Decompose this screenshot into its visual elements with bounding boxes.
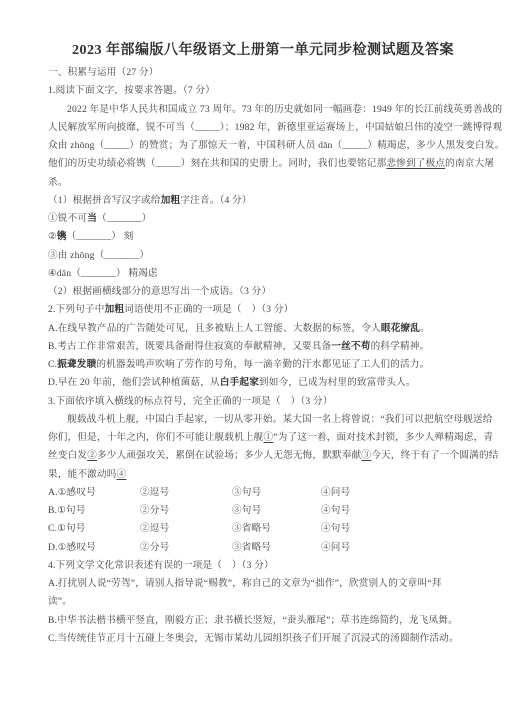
text-segment: 到如今，已成为村里的致富带头人。 xyxy=(259,377,416,388)
question-2-option-d: D.早在 20 年前，他们尝试种植菌菇，从白手起家到如今，已成为村里的致富带头人… xyxy=(48,374,482,392)
underlined-text: 悲惨到了极点 xyxy=(386,158,445,169)
text-segment: 读”。 xyxy=(48,596,72,607)
option-column: ④问号 xyxy=(321,539,350,557)
text-segment: ② xyxy=(48,231,57,242)
subquestion-1: （1）根据拼音写汉字或给加粗字注音。（4 分） xyxy=(48,192,482,210)
page-title: 2023 年部编版八年级语文上册第一单元同步检测试题及答案 xyxy=(0,39,526,59)
underlined-text: ② xyxy=(87,450,97,461)
text-segment: （2）根据画横线部分的意思写出一个成语。（3 分） xyxy=(48,286,271,297)
passage-line: 众由 zhōng（_____）的赞赏；为了那惊天一着，中国科研人员 dān（__… xyxy=(48,137,482,155)
text-segment: ”为了这一着，面对技术封锁，多少人殚精竭虑，青 xyxy=(273,432,493,443)
text-segment: 杀。 xyxy=(48,177,68,188)
option-column: A.①感叹号 xyxy=(48,484,96,502)
text-segment: ④dān（_______） 精竭虑 xyxy=(48,268,158,279)
question-2-option-a: A.在线早教产品的广告随处可见，且多被贴上人工智能、大数据的标签，令人眼花缭乱。 xyxy=(48,320,482,338)
text-segment: 丝变白发 xyxy=(48,450,87,461)
option-column: ③省略号 xyxy=(232,520,271,538)
passage-line: 杀。 xyxy=(48,174,482,192)
question-3-option-a: A.①感叹号②逗号③句号④问号 xyxy=(48,484,482,502)
question-4-option-a-cont: 读”。 xyxy=(48,593,482,611)
question-3-option-c: C.①句号②逗号③省略号④句号 xyxy=(48,520,482,538)
text-segment: 的科学精神。 xyxy=(371,341,430,352)
option-column: B.①句号 xyxy=(48,502,86,520)
text-segment: ①锐不可 xyxy=(48,213,87,224)
option-column: ③句号 xyxy=(232,502,261,520)
text-segment: 多少人顽强攻关，累倒在试验场；多少人无怨无悔，默默奉献 xyxy=(97,450,361,461)
question-2-option-c: C.振聋发聩的机器轰鸣声吹响了劳作的号角，每一滴辛勤的汗水都见证了工人们的活力。 xyxy=(48,356,482,374)
text-segment: 字注音。（4 分） xyxy=(180,195,251,206)
text-segment: A.打扰别人说“劳驾”，请别人指导说“赐教”，称自己的文章为“拙作”，欣赏别人的… xyxy=(48,578,442,589)
bold-text: 振聋发聩 xyxy=(57,359,96,370)
blank-item-2: ②镌（_______） 刻 xyxy=(48,228,482,246)
text-segment: 舰载战斗机上舰，中国白手起家，一切从零开始。某大国一名上将曾说：“我们可以把航空… xyxy=(67,414,493,425)
question-3-stem: 3.下面依序填入横线的标点符号，完全正确的一项是（ ）（3 分） xyxy=(48,393,482,411)
text-segment: 你们，但是，十年之内，你们不可能让舰载机上舰 xyxy=(48,432,263,443)
text-segment: 2022 年是中华人民共和国成立 73 周年。73 年的历史就如同一幅画卷：19… xyxy=(67,104,502,115)
question-3-option-d: D.①感叹号②分号③省略号④问号 xyxy=(48,539,482,557)
text-segment: 一、积累与运用（27 分） xyxy=(48,67,159,78)
passage-line: 你们，但是，十年之内，你们不可能让舰载机上舰①”为了这一着，面对技术封锁，多少人… xyxy=(48,429,482,447)
text-segment: ③由 zhōng（_______） xyxy=(48,250,149,261)
section-heading: 一、积累与运用（27 分） xyxy=(48,64,482,82)
text-segment: （_______） 刻 xyxy=(67,231,134,242)
bold-text: 加粗 xyxy=(105,304,125,315)
blank-item-3: ③由 zhōng（_______） xyxy=(48,247,482,265)
passage-line: 他们的历史功绩必将镌（_____）刻在共和国的史册上。同时，我们也要铭记那悲惨到… xyxy=(48,155,482,173)
option-column: ②分号 xyxy=(140,502,169,520)
passage-line: 丝变白发②多少人顽强攻关，累倒在试验场；多少人无怨无悔，默默奉献③今天，终于有了… xyxy=(48,447,482,465)
text-segment: 4.下列文学文化常识表述有误的一项是（ ）（3 分） xyxy=(48,560,274,571)
bold-text: 眼花缭乱 xyxy=(381,323,420,334)
bold-text: 一丝不苟 xyxy=(331,341,370,352)
option-column: ④问号 xyxy=(321,484,350,502)
bold-text: 镌 xyxy=(57,231,67,242)
text-segment: D.早在 20 年前，他们尝试种植菌菇，从 xyxy=(48,377,220,388)
text-segment: C. xyxy=(48,359,57,370)
text-segment: 。 xyxy=(420,323,430,334)
question-4-option-a: A.打扰别人说“劳驾”，请别人指导说“赐教”，称自己的文章为“拙作”，欣赏别人的… xyxy=(48,575,482,593)
text-segment: 人民解放军所向披靡，锐不可当（_____）；1982 年，新德里亚运赛场上，中国… xyxy=(48,122,502,133)
text-segment: 1.阅读下面文字，按要求答题。（7 分） xyxy=(48,85,215,96)
option-column: ③句号 xyxy=(232,484,261,502)
text-segment: 2.下列句子中 xyxy=(48,304,105,315)
underlined-text: ① xyxy=(263,432,273,443)
text-segment: B.考古工作非常艰苦，既要具备耐得住寂寞的奉献精神，又要具备 xyxy=(48,341,331,352)
underlined-text: ③ xyxy=(361,450,371,461)
question-2-stem: 2.下列句子中加粗词语使用不正确的一项是（ ）（3 分） xyxy=(48,301,482,319)
text-segment: 果，能不激动吗 xyxy=(48,469,117,480)
text-segment: A.在线早教产品的广告随处可见，且多被贴上人工智能、大数据的标签，令人 xyxy=(48,323,381,334)
passage-line: 果，能不激动吗④ xyxy=(48,466,482,484)
passage-line: 2022 年是中华人民共和国成立 73 周年。73 年的历史就如同一幅画卷：19… xyxy=(48,101,482,119)
text-segment: 他们的历史功绩必将镌（_____）刻在共和国的史册上。同时，我们也要铭记那 xyxy=(48,158,386,169)
option-column: ②分号 xyxy=(140,539,169,557)
option-column: C.①句号 xyxy=(48,520,86,538)
question-2-option-b: B.考古工作非常艰苦，既要具备耐得住寂寞的奉献精神，又要具备一丝不苟的科学精神。 xyxy=(48,338,482,356)
blank-item-1: ①锐不可当（_______） xyxy=(48,210,482,228)
question-3-option-b: B.①句号②分号③句号④句号 xyxy=(48,502,482,520)
text-segment: C.当传统佳节正月十五碰上冬奥会，无锡市某幼儿园组织孩子们开展了沉浸式的汤圆制作… xyxy=(48,633,459,644)
text-segment: 词语使用不正确的一项是（ ）（3 分） xyxy=(124,304,293,315)
document-page: 2023 年部编版八年级语文上册第一单元同步检测试题及答案 一、积累与运用（27… xyxy=(0,0,526,702)
underlined-text: ④ xyxy=(117,469,127,480)
text-segment: 的机器轰鸣声吹响了劳作的号角，每一滴辛勤的汗水都见证了工人们的活力。 xyxy=(96,359,429,370)
question-4-option-c: C.当传统佳节正月十五碰上冬奥会，无锡市某幼儿园组织孩子们开展了沉浸式的汤圆制作… xyxy=(48,630,482,648)
text-segment: （1）根据拼音写汉字或给 xyxy=(48,195,161,206)
bold-text: 白手起家 xyxy=(220,377,259,388)
option-column: ②逗号 xyxy=(140,484,169,502)
question-1-stem: 1.阅读下面文字，按要求答题。（7 分） xyxy=(48,82,482,100)
question-4-option-b: B.中华书法楷书横平竖直，刚毅方正；隶书横长竖短，“蚕头雁尾”；草书连绵简约，龙… xyxy=(48,612,482,630)
text-segment: （_______） xyxy=(97,213,152,224)
option-column: ②逗号 xyxy=(140,520,169,538)
text-segment: 3.下面依序填入横线的标点符号，完全正确的一项是（ ）（3 分） xyxy=(48,396,333,407)
blank-item-4: ④dān（_______） 精竭虑 xyxy=(48,265,482,283)
document-body: 一、积累与运用（27 分）1.阅读下面文字，按要求答题。（7 分）2022 年是… xyxy=(48,64,482,648)
bold-text: 加粗 xyxy=(161,195,181,206)
text-segment: 的南京大屠 xyxy=(445,158,494,169)
option-column: ④句号 xyxy=(321,502,350,520)
question-4-stem: 4.下列文学文化常识表述有误的一项是（ ）（3 分） xyxy=(48,557,482,575)
bold-text: 当 xyxy=(87,213,97,224)
subquestion-2: （2）根据画横线部分的意思写出一个成语。（3 分） xyxy=(48,283,482,301)
option-column: ③省略号 xyxy=(232,539,271,557)
passage-line: 舰载战斗机上舰，中国白手起家，一切从零开始。某大国一名上将曾说：“我们可以把航空… xyxy=(48,411,482,429)
passage-line: 人民解放军所向披靡，锐不可当（_____）；1982 年，新德里亚运赛场上，中国… xyxy=(48,119,482,137)
text-segment: 众由 zhōng（_____）的赞赏；为了那惊天一着，中国科研人员 dān（__… xyxy=(48,140,504,151)
option-column: D.①感叹号 xyxy=(48,539,96,557)
option-column: ④句号 xyxy=(321,520,350,538)
text-segment: 今天，终于有了一个圆满的结 xyxy=(371,450,498,461)
text-segment: B.中华书法楷书横平竖直，刚毅方正；隶书横长竖短，“蚕头雁尾”；草书连绵简约，龙… xyxy=(48,615,458,626)
